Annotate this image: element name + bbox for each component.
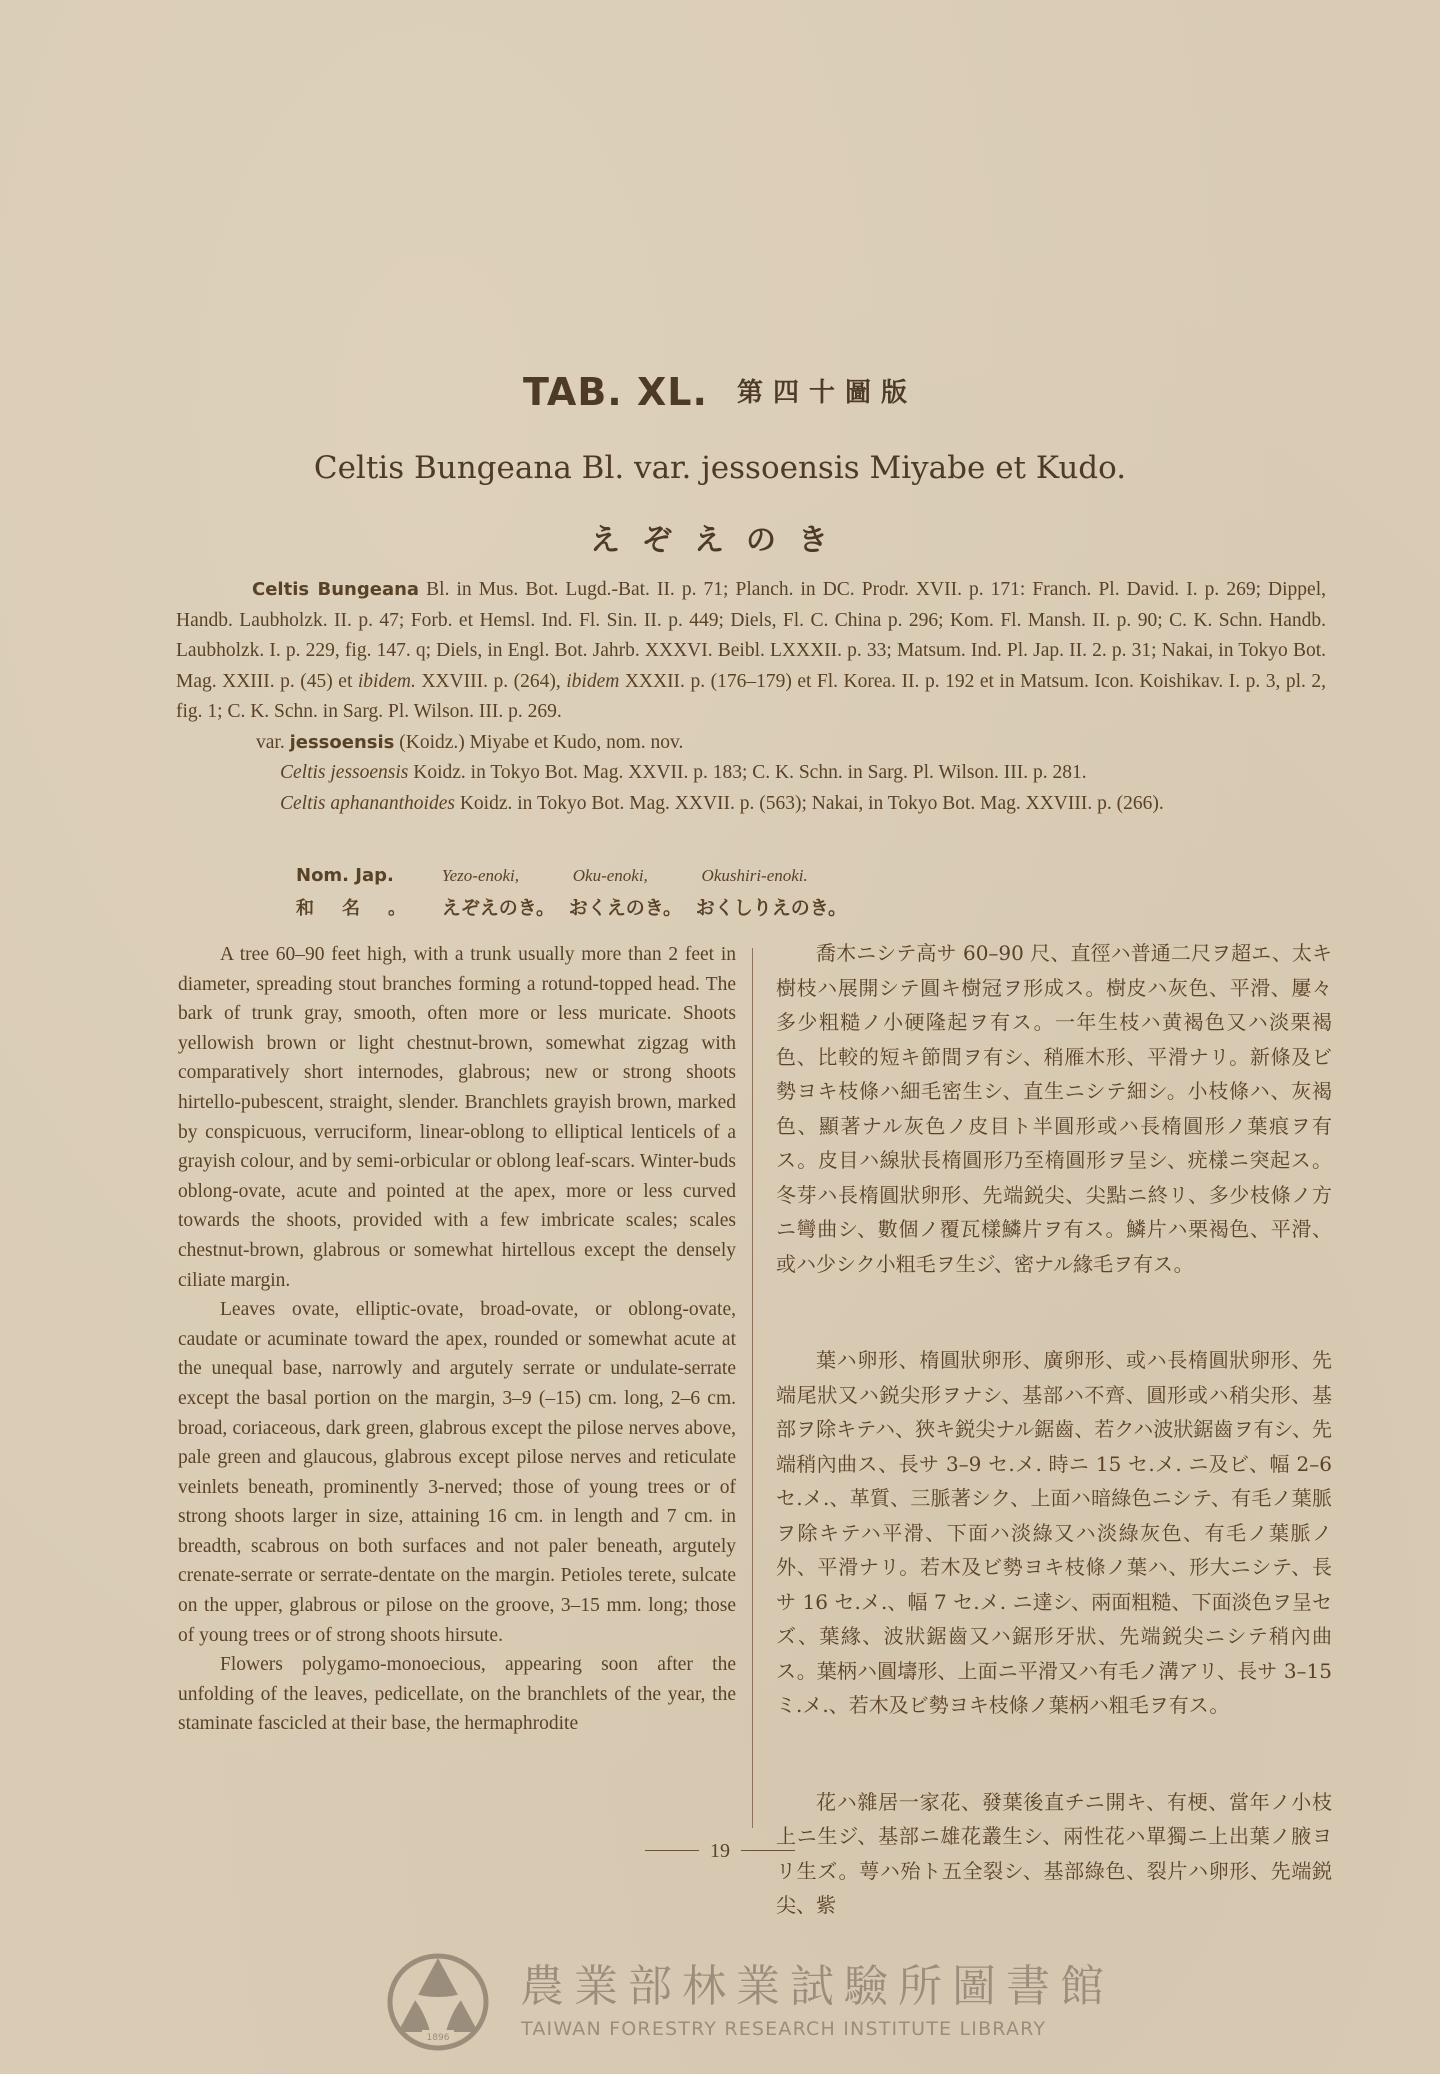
svg-text:1896: 1896 — [427, 2033, 450, 2043]
japanese-description-column: 喬木ニシテ高サ 60–90 尺、直徑ハ普通二尺ヲ超エ、太キ樹枝ハ展開シテ圓キ樹冠… — [776, 936, 1332, 1923]
kana-name: おくえのき。 — [569, 897, 682, 919]
page-number-rule — [741, 1850, 795, 1851]
library-watermark: 1896 農業部林業試驗所圖書館 TAIWAN FORESTRY RESEARC… — [378, 1940, 1098, 2065]
plate-heading: TAB. XL. 第四十圖版 — [0, 370, 1440, 414]
english-description-column: A tree 60–90 feet high, with a trunk usu… — [178, 940, 736, 1739]
document-page: TAB. XL. 第四十圖版 Celtis Bungeana Bl. var. … — [0, 0, 1440, 2074]
plate-label: TAB. XL. — [523, 370, 708, 414]
library-name-english: TAIWAN FORESTRY RESEARCH INSTITUTE LIBRA… — [521, 2018, 1046, 2040]
kana-name: おくしりえのき。 — [696, 897, 847, 919]
institute-logo-icon: 1896 — [378, 1940, 498, 2062]
synonym-citation-1: Celtis jessoensis Koidz. in Tokyo Bot. M… — [176, 758, 1326, 789]
description-paragraph: Flowers polygamo-monoecious, appearing s… — [178, 1650, 736, 1739]
romaji-name: Okushiri-enoki. — [702, 860, 808, 892]
plate-label-japanese: 第四十圖版 — [737, 378, 917, 408]
romaji-names-row: Nom. Jap. Yezo-enoki, Oku-enoki, Okushir… — [296, 860, 1196, 892]
column-divider — [752, 948, 753, 1828]
wamei-label: 和名。 — [296, 893, 436, 925]
page-number-rule — [645, 1850, 699, 1851]
romaji-name: Yezo-enoki, — [442, 860, 519, 892]
synonymy-block: Celtis Bungeana Bl. in Mus. Bot. Lugd.-B… — [176, 575, 1326, 819]
description-paragraph: 葉ハ卵形、楕圓狀卵形、廣卵形、或ハ長楕圓狀卵形、先端尾狀又ハ鋭尖形ヲナシ、基部ハ… — [776, 1343, 1332, 1723]
page-number: 19 — [0, 1840, 1440, 1863]
page-number-value: 19 — [710, 1840, 730, 1862]
description-paragraph: 喬木ニシテ高サ 60–90 尺、直徑ハ普通二尺ヲ超エ、太キ樹枝ハ展開シテ圓キ樹冠… — [776, 936, 1332, 1281]
variety-citation: var. jessoensis (Koidz.) Miyabe et Kudo,… — [176, 728, 1326, 759]
library-name-chinese: 農業部林業試驗所圖書館 — [520, 1950, 1114, 2014]
species-title: Celtis Bungeana Bl. var. jessoensis Miya… — [0, 450, 1440, 486]
romaji-name: Oku-enoki, — [573, 860, 648, 892]
description-paragraph: A tree 60–90 feet high, with a trunk usu… — [178, 940, 736, 1295]
synonym-citation-2: Celtis aphananthoides Koidz. in Tokyo Bo… — [176, 789, 1326, 820]
nom-jap-label: Nom. Jap. — [296, 860, 436, 892]
synonym-name: Celtis jessoensis — [280, 762, 408, 783]
variety-name: jessoensis — [290, 732, 395, 753]
kana-names-row: 和名。 えぞえのき。 おくえのき。 おくしりえのき。 — [296, 892, 1196, 925]
main-taxon-name: Celtis Bungeana — [252, 579, 419, 600]
japanese-common-name-title: えぞえのき — [0, 515, 1440, 559]
main-citation: Celtis Bungeana Bl. in Mus. Bot. Lugd.-B… — [176, 575, 1326, 728]
synonym-name: Celtis aphananthoides — [280, 793, 455, 814]
kana-name: えぞえのき。 — [442, 897, 555, 919]
japanese-names-block: Nom. Jap. Yezo-enoki, Oku-enoki, Okushir… — [296, 860, 1196, 925]
description-paragraph: Leaves ovate, elliptic-ovate, broad-ovat… — [178, 1295, 736, 1650]
